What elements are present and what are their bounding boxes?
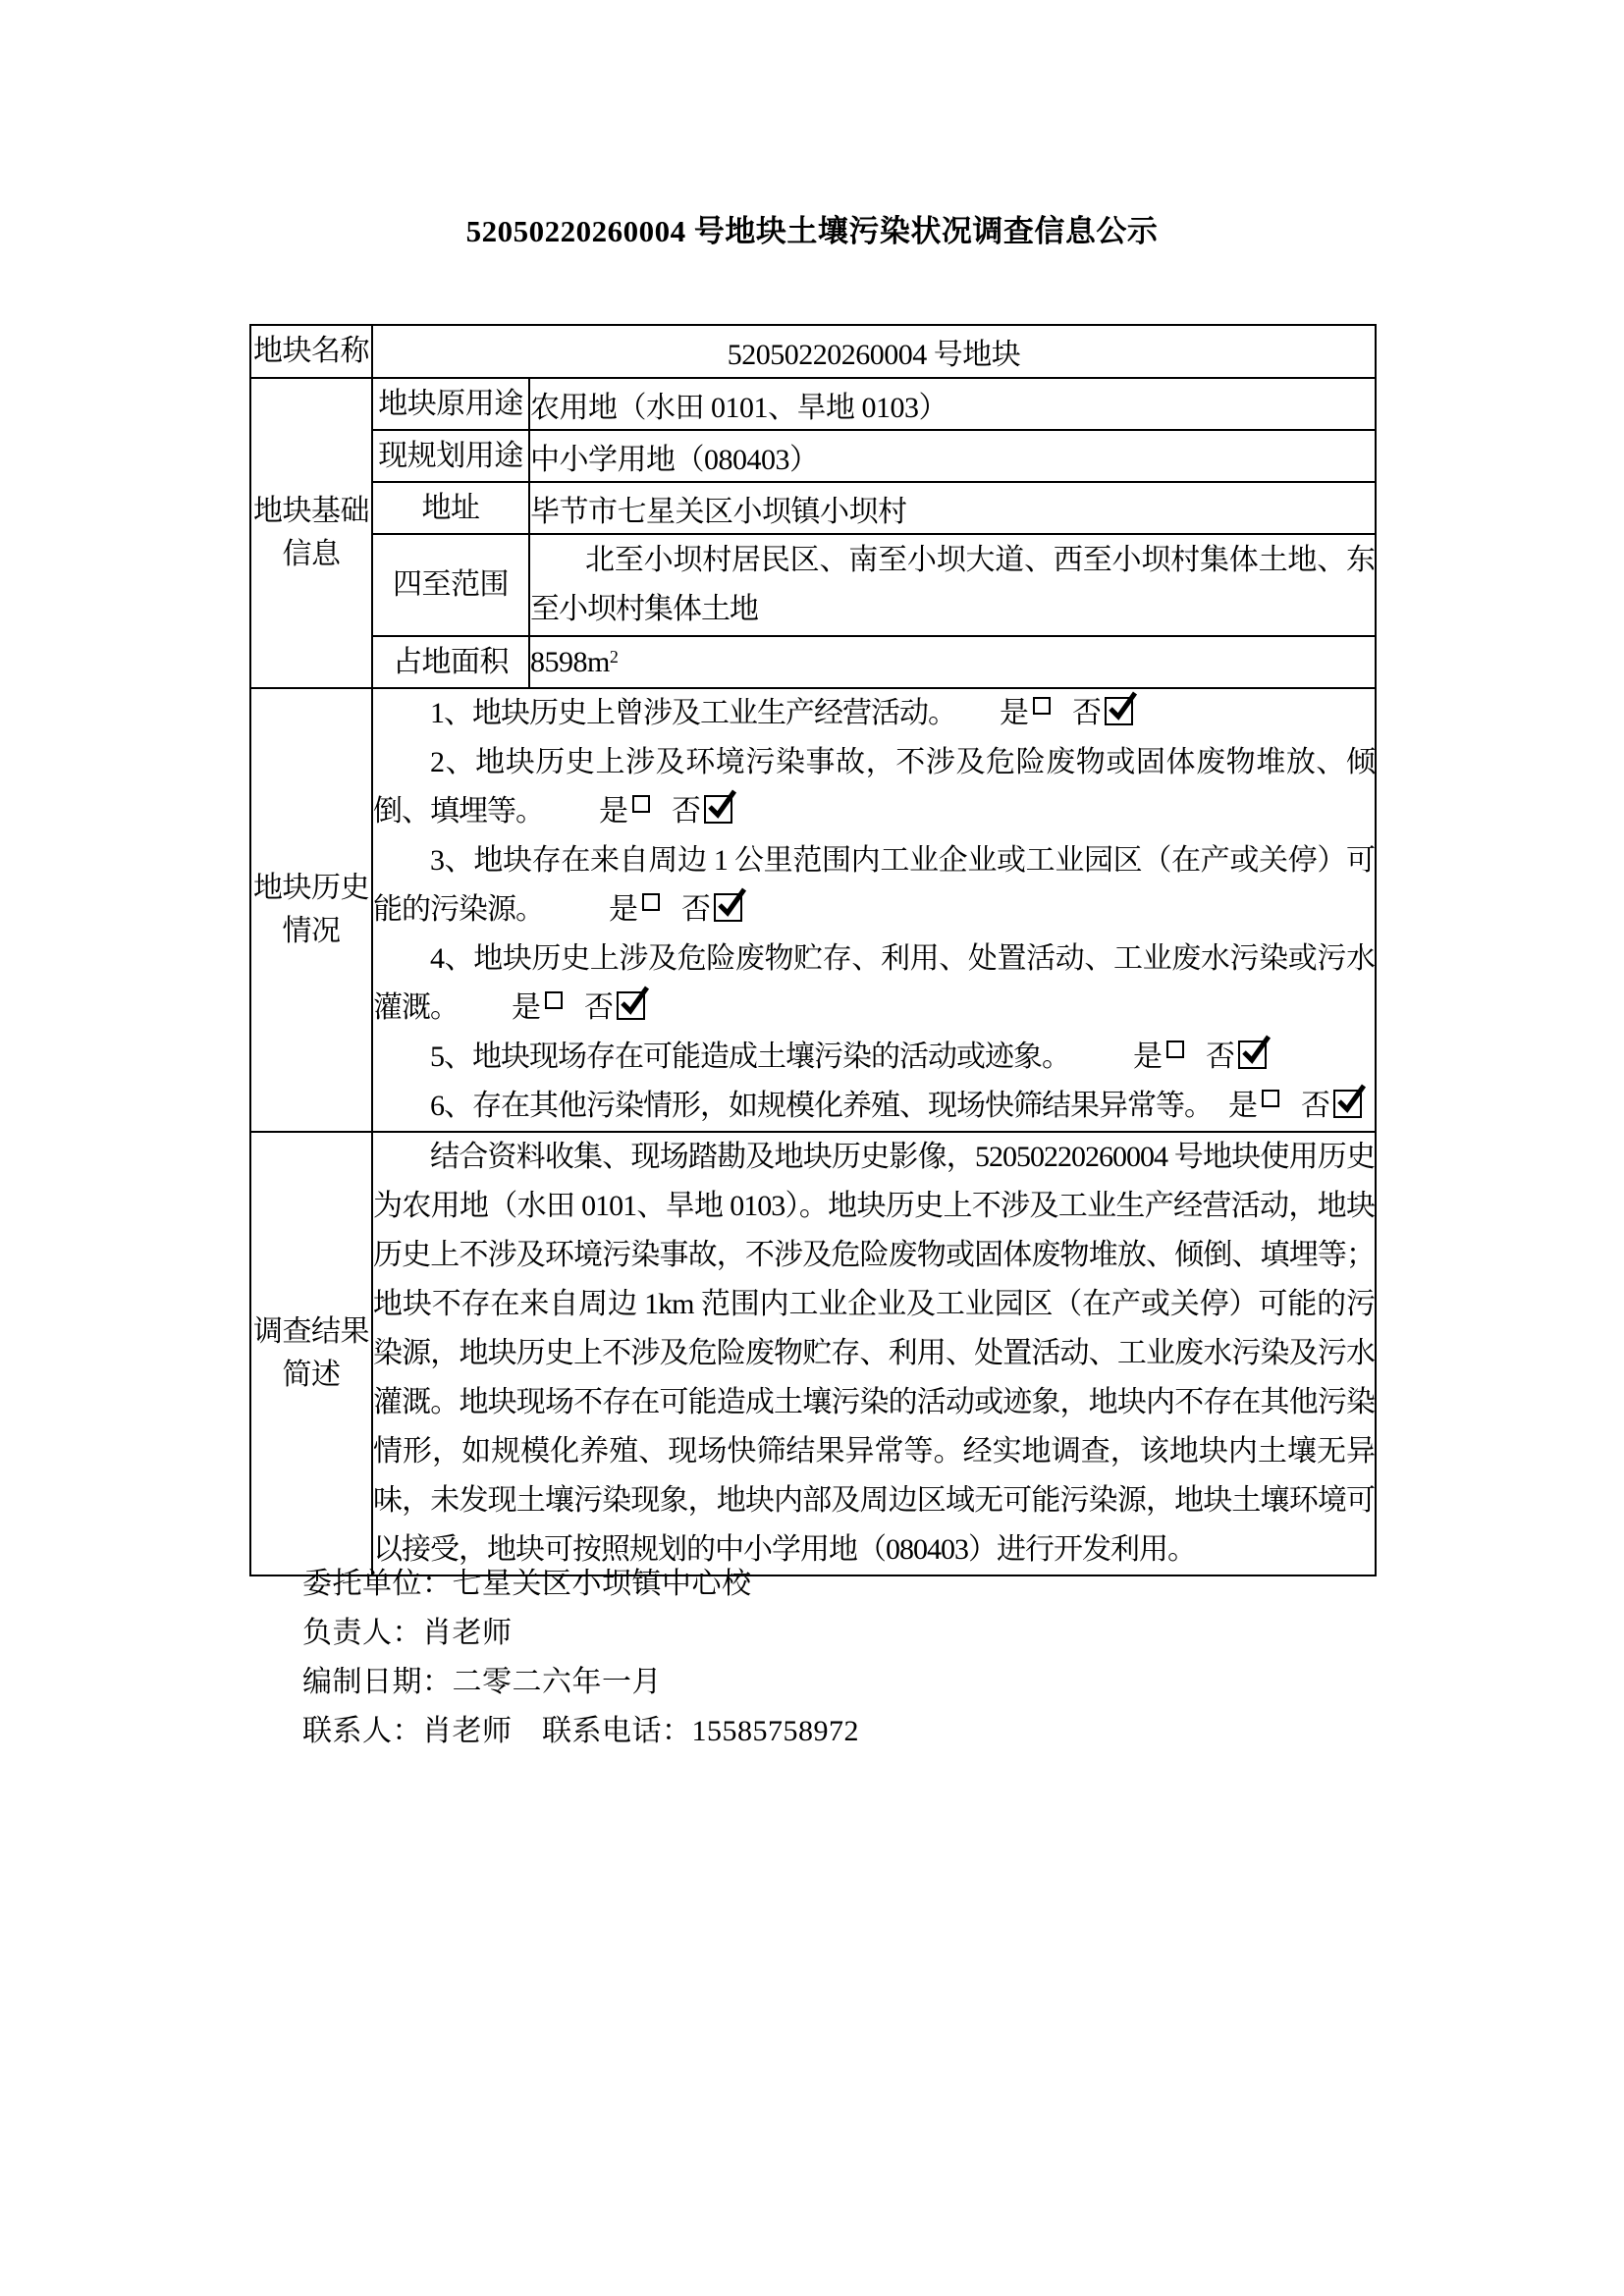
address-label: 地址 [372,482,529,534]
check-icon [619,987,648,1018]
yes-label: 是 [599,795,627,828]
history-item-6: 6、存在其他污染情形，如规模化养殖、现场快筛结果异常等。是否 [373,1082,1375,1131]
history-item-2: 2、地块历史上涉及环境污染事故，不涉及危险废物或固体废物堆放、倾倒、填埋等。是否 [373,738,1375,836]
summary-header-line1: 调查结果 [253,1315,369,1348]
checkbox-yes-unchecked [1262,1090,1279,1107]
checkbox-no-checked [1105,697,1133,725]
footer-client: 委托单位：七星关区小坝镇中心校 [302,1560,1624,1609]
yes-label: 是 [512,991,540,1024]
no-label: 否 [1301,1090,1329,1122]
address-value: 毕节市七星关区小坝镇小坝村 [529,482,1376,534]
check-icon [1240,1036,1270,1067]
summary-header-line2: 简述 [283,1359,341,1391]
summary-header: 调查结果 简述 [250,1132,372,1575]
no-label: 否 [1206,1041,1234,1073]
basic-info-header-line2: 信息 [283,538,341,570]
document-title: 52050220260004 号地块土壤污染状况调查信息公示 [0,215,1624,248]
document-page: 52050220260004 号地块土壤污染状况调查信息公示 地块名称 5205… [0,0,1624,2296]
planned-use-label: 现规划用途 [372,430,529,482]
original-use-label: 地块原用途 [372,378,529,430]
row-planned-use: 现规划用途 中小学用地（080403） [250,430,1376,482]
history-item-4: 4、地块历史上涉及危险废物贮存、利用、处置活动、工业废水污染或污水灌溉。是否 [373,934,1375,1033]
planned-use-value: 中小学用地（080403） [529,430,1376,482]
no-label: 否 [681,893,710,926]
row-parcel-name: 地块名称 52050220260004 号地块 [250,325,1376,378]
checkbox-no-checked [1238,1041,1267,1069]
boundary-label: 四至范围 [372,534,529,636]
checkbox-yes-unchecked [1033,697,1051,715]
row-address: 地址 毕节市七星关区小坝镇小坝村 [250,482,1376,534]
checkbox-yes-unchecked [642,893,660,911]
history-content-cell: 1、地块历史上曾涉及工业生产经营活动。是否 2、地块历史上涉及环境污染事故，不涉… [372,688,1376,1132]
check-icon [716,888,745,920]
document-footer: 委托单位：七星关区小坝镇中心校 负责人：肖老师 编制日期：二零二六年一月 联系人… [0,1560,1624,1756]
history-item-6-text: 6、存在其他污染情形，如规模化养殖、现场快筛结果异常等。 [430,1090,1213,1122]
boundary-value: 北至小坝村居民区、南至小坝大道、西至小坝村集体土地、东至小坝村集体土地 [530,536,1375,634]
footer-date: 编制日期：二零二六年一月 [302,1658,1624,1707]
area-label: 占地面积 [372,636,529,688]
history-item-1: 1、地块历史上曾涉及工业生产经营活动。是否 [373,689,1375,738]
original-use-value: 农用地（水田 0101、旱地 0103） [529,378,1376,430]
checkbox-no-checked [704,795,732,824]
basic-info-header: 地块基础 信息 [250,378,372,688]
parcel-name-value: 52050220260004 号地块 [372,325,1376,378]
history-header: 地块历史 情况 [250,688,372,1132]
history-item-5: 5、地块现场存在可能造成土壤污染的活动或迹象。是否 [373,1033,1375,1082]
row-boundary: 四至范围 北至小坝村居民区、南至小坝大道、西至小坝村集体土地、东至小坝村集体土地 [250,534,1376,636]
summary-text: 结合资料收集、现场踏勘及地块历史影像，52050220260004 号地块使用历… [373,1133,1375,1575]
checkbox-no-checked [714,893,742,922]
area-value-superscript: 2 [610,647,619,667]
history-item-1-text: 1、地块历史上曾涉及工业生产经营活动。 [430,697,956,729]
yes-label: 是 [1228,1090,1257,1122]
check-icon [1335,1085,1365,1116]
row-history: 地块历史 情况 1、地块历史上曾涉及工业生产经营活动。是否 2、地块历史上涉及环… [250,688,1376,1132]
checkbox-yes-unchecked [545,991,563,1009]
no-label: 否 [672,795,700,828]
area-value-base: 8598m [530,646,610,678]
row-original-use: 地块基础 信息 地块原用途 农用地（水田 0101、旱地 0103） [250,378,1376,430]
history-item-3: 3、地块存在来自周边 1 公里范围内工业企业或工业园区（在产或关停）可能的污染源… [373,836,1375,934]
checkbox-yes-unchecked [1166,1041,1184,1058]
history-item-2-text: 2、地块历史上涉及环境污染事故，不涉及危险废物或固体废物堆放、倾倒、填埋等。 [373,746,1375,828]
area-value: 8598m2 [529,636,1376,688]
history-item-5-text: 5、地块现场存在可能造成土壤污染的活动或迹象。 [430,1041,1070,1073]
row-area: 占地面积 8598m2 [250,636,1376,688]
yes-label: 是 [609,893,637,926]
footer-manager: 负责人：肖老师 [302,1609,1624,1658]
summary-content-cell: 结合资料收集、现场踏勘及地块历史影像，52050220260004 号地块使用历… [372,1132,1376,1575]
info-table: 地块名称 52050220260004 号地块 地块基础 信息 地块原用途 农用… [249,324,1377,1576]
parcel-name-label: 地块名称 [250,325,372,378]
checkbox-no-checked [1333,1090,1362,1118]
history-header-line2: 情况 [283,915,341,947]
boundary-value-cell: 北至小坝村居民区、南至小坝大道、西至小坝村集体土地、东至小坝村集体土地 [529,534,1376,636]
check-icon [1107,692,1136,723]
footer-contact: 联系人：肖老师 联系电话：15585758972 [302,1707,1624,1756]
basic-info-header-line1: 地块基础 [253,495,369,527]
no-label: 否 [1072,697,1101,729]
history-items: 1、地块历史上曾涉及工业生产经营活动。是否 2、地块历史上涉及环境污染事故，不涉… [373,689,1375,1131]
history-header-line1: 地块历史 [253,872,369,904]
yes-label: 是 [1000,697,1028,729]
checkbox-no-checked [617,991,645,1020]
history-item-3-text: 3、地块存在来自周边 1 公里范围内工业企业或工业园区（在产或关停）可能的污染源… [373,844,1375,926]
yes-label: 是 [1133,1041,1162,1073]
check-icon [706,790,735,822]
checkbox-yes-unchecked [632,795,650,813]
row-summary: 调查结果 简述 结合资料收集、现场踏勘及地块历史影像，5205022026000… [250,1132,1376,1575]
no-label: 否 [584,991,613,1024]
